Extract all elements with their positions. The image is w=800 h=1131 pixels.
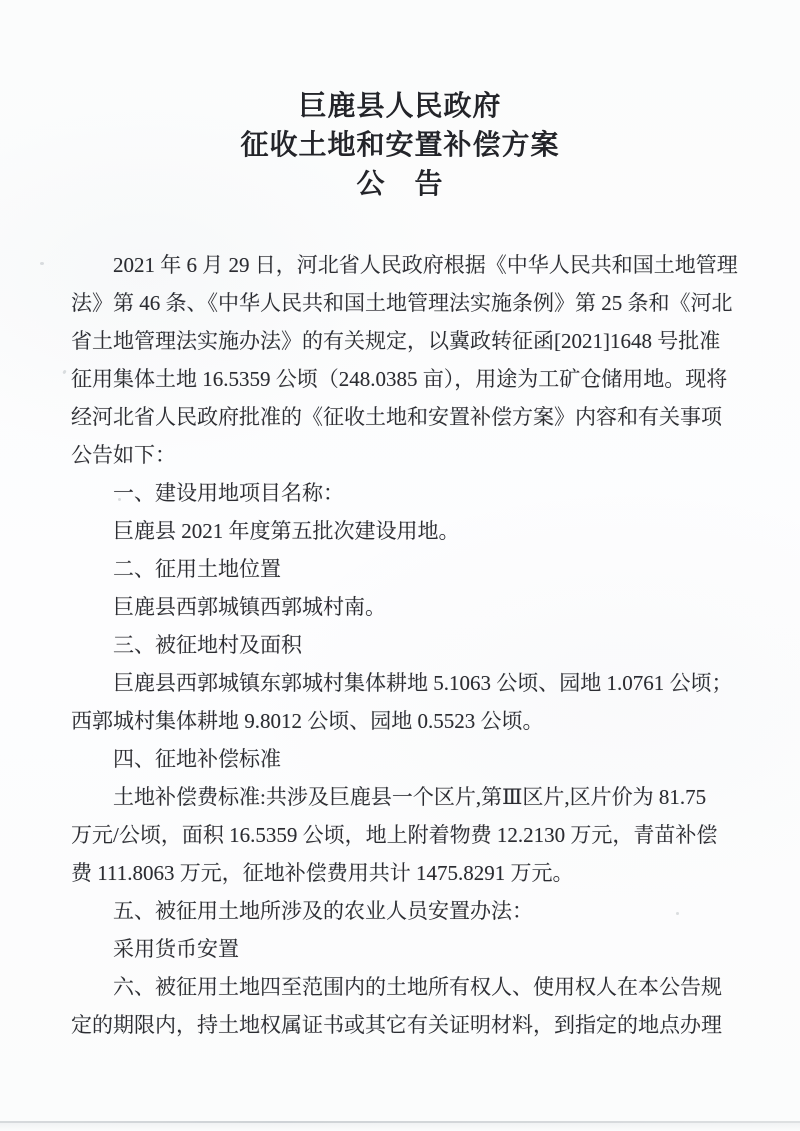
document-line: 经河北省人民政府批准的《征收土地和安置补偿方案》内容和有关事项: [71, 398, 739, 436]
document-line: 三、被征地村及面积: [71, 626, 739, 664]
document-line: 法》第 46 条、《中华人民共和国土地管理法实施条例》第 25 条和《河北: [71, 284, 739, 322]
document-line: 二、征用土地位置: [71, 550, 739, 588]
scanner-bottom-edge-glow: [0, 1123, 800, 1131]
document-line: 征用集体土地 16.5359 公顷（248.0385 亩），用途为工矿仓储用地。…: [71, 360, 739, 398]
document-line: 六、被征用土地四至范围内的土地所有权人、使用权人在本公告规: [71, 968, 739, 1006]
title-line-issuer: 巨鹿县人民政府: [0, 86, 800, 125]
document-line: 公告如下：: [71, 436, 739, 474]
document-line: 巨鹿县西郭城镇西郭城村南。: [71, 588, 739, 626]
document-line: 万元/公顷，面积 16.5359 公顷，地上附着物费 12.2130 万元，青苗…: [71, 816, 739, 854]
document-line: 巨鹿县 2021 年度第五批次建设用地。: [71, 512, 739, 550]
document-line: 2021 年 6 月 29 日，河北省人民政府根据《中华人民共和国土地管理: [71, 246, 739, 284]
document-body: 2021 年 6 月 29 日，河北省人民政府根据《中华人民共和国土地管理法》第…: [71, 246, 739, 1044]
document-line: 费 111.8063 万元，征地补偿费用共计 1475.8291 万元。: [71, 854, 739, 892]
document-line: 西郭城村集体耕地 9.8012 公顷、园地 0.5523 公顷。: [71, 702, 739, 740]
document-title: 巨鹿县人民政府 征收土地和安置补偿方案 公 告: [0, 86, 800, 203]
document-line: 巨鹿县西郭城镇东郭城村集体耕地 5.1063 公顷、园地 1.0761 公顷；: [71, 664, 739, 702]
document-line: 省土地管理法实施办法》的有关规定，以冀政转征函[2021]1648 号批准: [71, 322, 739, 360]
scanned-document-page: { "document": { "title_lines": [ "巨鹿县人民政…: [0, 0, 800, 1131]
scan-speck: [40, 262, 44, 265]
document-line: 四、征地补偿标准: [71, 740, 739, 778]
document-line: 五、被征用土地所涉及的农业人员安置办法：: [71, 892, 739, 930]
document-line: 土地补偿费标准:共涉及巨鹿县一个区片,第Ⅲ区片,区片价为 81.75: [71, 778, 739, 816]
document-line: 采用货币安置: [71, 930, 739, 968]
document-line: 定的期限内，持土地权属证书或其它有关证明材料，到指定的地点办理: [71, 1006, 739, 1044]
document-line: 一、建设用地项目名称：: [71, 474, 739, 512]
title-line-announcement: 公 告: [0, 164, 800, 203]
title-line-subject: 征收土地和安置补偿方案: [0, 125, 800, 164]
